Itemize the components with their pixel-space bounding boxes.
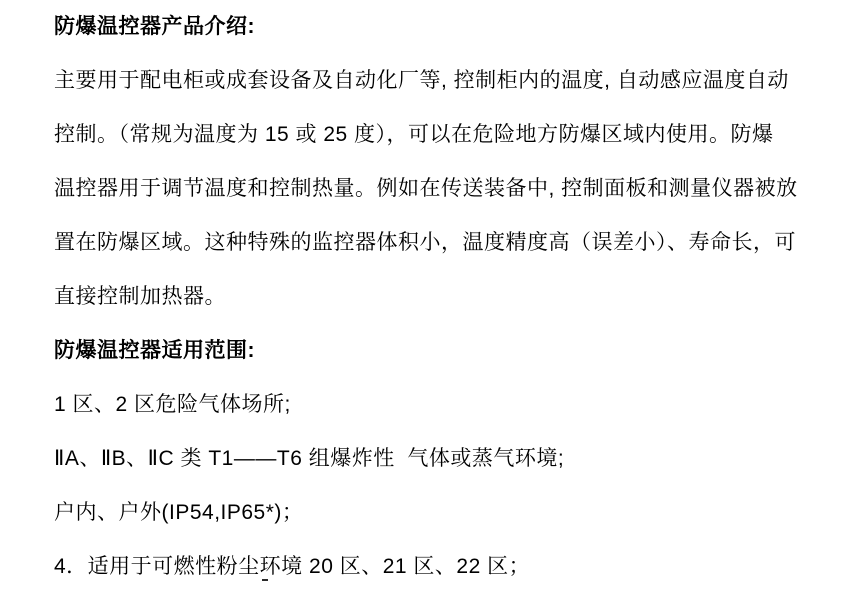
document-body: 防爆温控器产品介绍: 主要用于配电柜或成套设备及自动化厂等, 控制柜内的温度, … [0,0,844,592]
body-line-usage-4: 置在防爆区域。这种特殊的监控器体积小，温度精度高（误差小）、寿命长，可 [54,216,804,270]
body-line-scope-ip-rating: 户内、户外(IP54,IP65*)； [54,486,804,540]
heading-applicable-scope: 防爆温控器适用范围: [54,324,804,378]
body-line-usage-5: 直接控制加热器。 [54,270,804,324]
body-line-scope-dust-zones: 4．适用于可燃性粉尘环境 20 区、21 区、22 区； [54,540,804,592]
body-line-usage-3: 温控器用于调节温度和控制热量。例如在传送装备中, 控制面板和测量仪器被放 [54,162,804,216]
heading-product-intro: 防爆温控器产品介绍: [54,0,804,54]
body-line-usage-1: 主要用于配电柜或成套设备及自动化厂等, 控制柜内的温度, 自动感应温度自动 [54,54,804,108]
body-line-usage-2: 控制。（常规为温度为 15 或 25 度），可以在危险地方防爆区域内使用。防爆 [54,108,804,162]
body-line-scope-zones: 1 区、2 区危险气体场所; [54,378,804,432]
cutoff-text-fragment [262,579,268,581]
body-line-scope-gas-groups: ⅡA、ⅡB、ⅡC 类 T1——T6 组爆炸性 气体或蒸气环境; [54,432,804,486]
